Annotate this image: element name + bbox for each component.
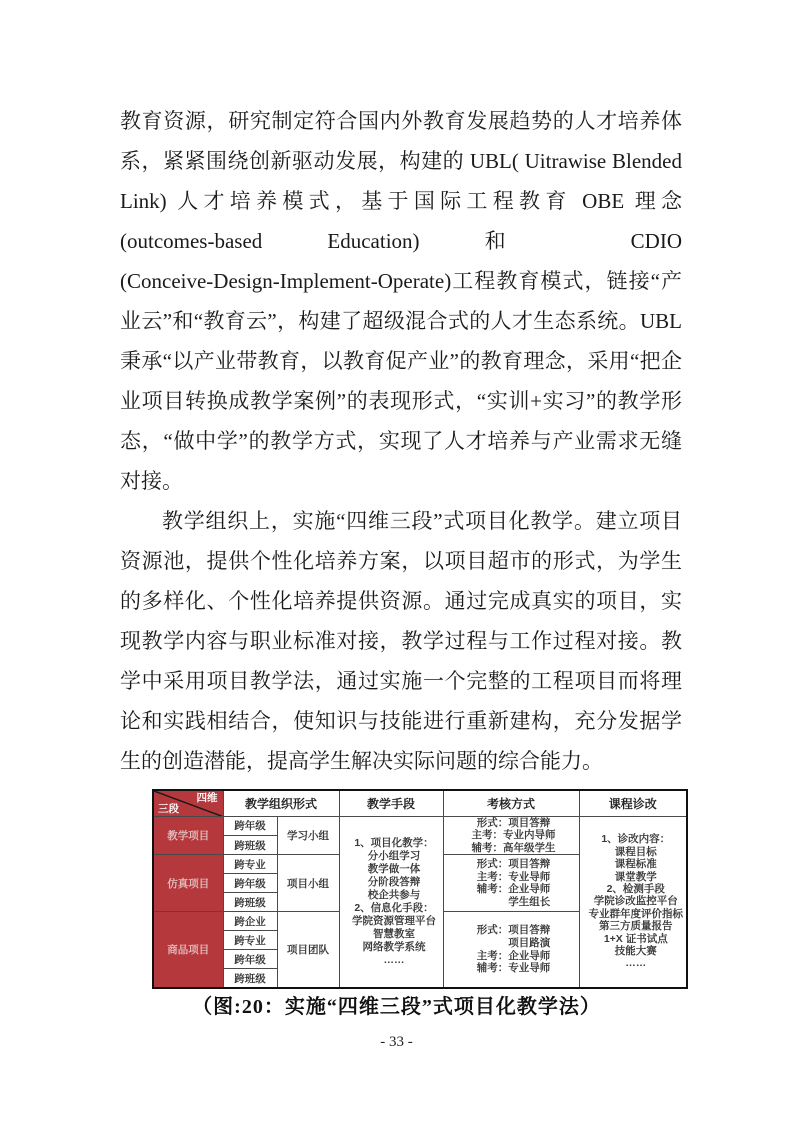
body-text: 教育资源，研究制定符合国内外教育发展趋势的人才培养体 系，紧紧围绕创新驱动发展，… bbox=[120, 101, 682, 781]
figure-caption: （图:20：实施“四维三段”式项目化教学法） bbox=[0, 990, 793, 1019]
group-cell: 学习小组 bbox=[277, 816, 339, 855]
group-cell: 项目团队 bbox=[277, 912, 339, 988]
text-line: 教育资源，研究制定符合国内外教育发展趋势的人才培养体 bbox=[120, 101, 682, 141]
text-line: 对接。 bbox=[120, 461, 682, 501]
document-page: 教育资源，研究制定符合国内外教育发展趋势的人才培养体 系，紧紧围绕创新驱动发展，… bbox=[0, 0, 793, 1122]
paragraph-2: 教学组织上，实施“四维三段”式项目化教学。建立项目 资源池，提供个性化培养方案，… bbox=[120, 501, 682, 781]
project-teaching-table: 四维 三段 教学组织形式 教学手段 考核方式 课程诊改 教学项目 跨年级 学习小… bbox=[152, 789, 688, 989]
header-methods: 教学手段 bbox=[339, 790, 443, 816]
assessment-cell-2: 形式：项目答辩 主考：专业导师 辅考：企业导师 学生组长 bbox=[443, 855, 579, 912]
text-line: 教学组织上，实施“四维三段”式项目化教学。建立项目 bbox=[120, 501, 682, 541]
table-row: 教学项目 跨年级 学习小组 1、项目化教学： 分小组学习 教学做一体 分阶段答辩… bbox=[153, 816, 687, 835]
text-line: 系，紧紧围绕创新驱动发展，构建的 UBL( Uitrawise Blended bbox=[120, 141, 682, 181]
level-cell: 跨班级 bbox=[223, 893, 277, 912]
group-cell: 项目小组 bbox=[277, 855, 339, 912]
text-line: 学中采用项目教学法，通过实施一个完整的工程项目而将理 bbox=[120, 661, 682, 701]
text-line: (outcomes-based Education) 和 CDIO bbox=[120, 221, 682, 261]
level-cell: 跨年级 bbox=[223, 816, 277, 835]
methods-cell: 1、项目化教学： 分小组学习 教学做一体 分阶段答辩 校企共参与 2、信息化手段… bbox=[339, 816, 443, 988]
header-assessment: 考核方式 bbox=[443, 790, 579, 816]
text-line: (Conceive-Design-Implement-Operate)工程教育模… bbox=[120, 261, 682, 301]
stage-cell-commodity: 商品项目 bbox=[153, 912, 223, 988]
text-line: 生的创造潜能，提高学生解决实际问题的综合能力。 bbox=[120, 741, 682, 781]
stage-cell-simulation: 仿真项目 bbox=[153, 855, 223, 912]
header-diagnosis: 课程诊改 bbox=[579, 790, 687, 816]
level-cell: 跨班级 bbox=[223, 835, 277, 854]
text-line: 秉承“以产业带教育，以教育促产业”的教育理念，采用“把企 bbox=[120, 341, 682, 381]
text-line: 态，“做中学”的教学方式，实现了人才培养与产业需求无缝 bbox=[120, 421, 682, 461]
text-line: 业云”和“教育云”，构建了超级混合式的人才生态系统。UBL bbox=[120, 301, 682, 341]
corner-label-dimensions: 四维 bbox=[197, 792, 218, 804]
level-cell: 跨班级 bbox=[223, 969, 277, 988]
assessment-cell-1: 形式：项目答辩 主考：专业内导师 辅考：高年级学生 bbox=[443, 816, 579, 855]
assessment-cell-3: 形式：项目答辩 项目路演 主考：企业导师 辅考：专业导师 bbox=[443, 912, 579, 988]
header-organization: 教学组织形式 bbox=[223, 790, 339, 816]
text-line: 业项目转换成教学案例”的表现形式，“实训+实习”的教学形 bbox=[120, 381, 682, 421]
text-line: Link) 人才培养模式，基于国际工程教育 OBE 理念 bbox=[120, 181, 682, 221]
level-cell: 跨专业 bbox=[223, 855, 277, 874]
text-line: 资源池，提供个性化培养方案，以项目超市的形式，为学生 bbox=[120, 541, 682, 581]
level-cell: 跨年级 bbox=[223, 874, 277, 893]
corner-cell: 四维 三段 bbox=[153, 790, 223, 816]
level-cell: 跨年级 bbox=[223, 950, 277, 969]
text-line: 现教学内容与职业标准对接，教学过程与工作过程对接。教 bbox=[120, 621, 682, 661]
level-cell: 跨专业 bbox=[223, 931, 277, 950]
text-line: 的多样化、个性化培养提供资源。通过完成真实的项目，实 bbox=[120, 581, 682, 621]
paragraph-1: 教育资源，研究制定符合国内外教育发展趋势的人才培养体 系，紧紧围绕创新驱动发展，… bbox=[120, 101, 682, 501]
table-header-row: 四维 三段 教学组织形式 教学手段 考核方式 课程诊改 bbox=[153, 790, 687, 816]
text-line: 论和实践相结合，使知识与技能进行重新建构，充分发据学 bbox=[120, 701, 682, 741]
corner-label-stages: 三段 bbox=[158, 803, 179, 815]
level-cell: 跨企业 bbox=[223, 912, 277, 931]
stage-cell-teaching: 教学项目 bbox=[153, 816, 223, 855]
page-number: - 33 - bbox=[0, 1034, 793, 1051]
four-dim-three-stage-table: 四维 三段 教学组织形式 教学手段 考核方式 课程诊改 教学项目 跨年级 学习小… bbox=[152, 789, 688, 989]
diagnosis-cell: 1、诊改内容： 课程目标 课程标准 课堂教学 2、检测手段 学院诊改监控平台 专… bbox=[579, 816, 687, 988]
